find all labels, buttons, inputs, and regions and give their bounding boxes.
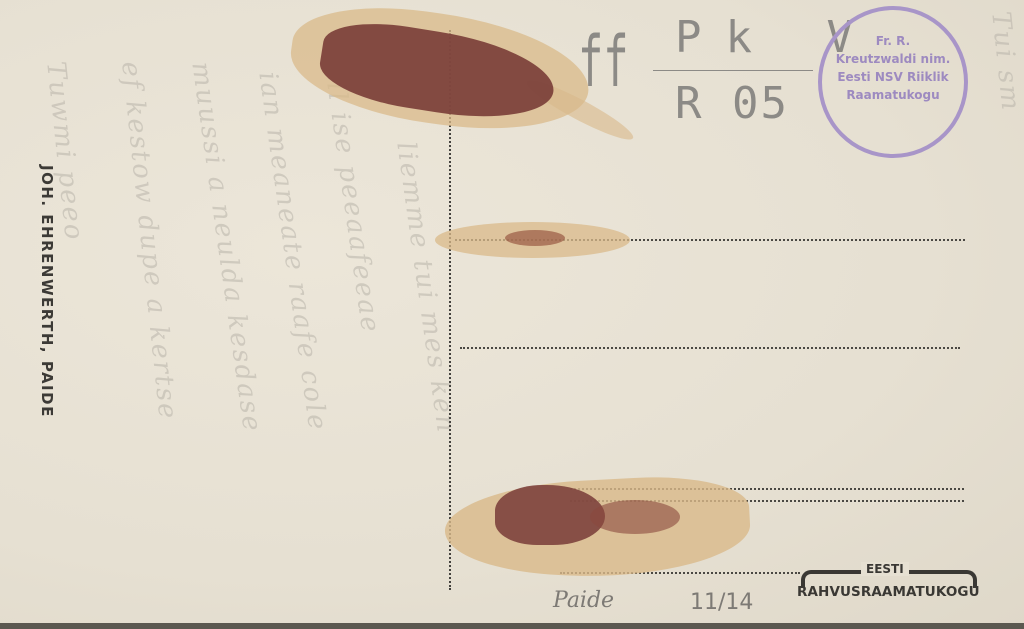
pencil-fraction-bottom: R 05 bbox=[675, 78, 789, 129]
faint-handwriting-line: muussi a neulda kesdase bbox=[185, 60, 267, 435]
publisher-imprint-text: JOH. EHRENWERTH, PAIDE bbox=[38, 165, 56, 418]
glue-stain-bottom-dark-tail bbox=[590, 500, 680, 534]
postcard-back: Tuwmi peeo ef kestow dupe a kertse muuss… bbox=[0, 0, 1024, 629]
glue-stain-bottom-dark bbox=[495, 485, 605, 545]
national-library-stamp: EESTI RAHVUSRAAMATUKOGU bbox=[797, 562, 975, 604]
pencil-mark-ff: ff bbox=[578, 12, 629, 112]
faint-handwriting-line: ian meaneate raafe cole bbox=[252, 70, 332, 433]
stamp-line: Raamatukogu bbox=[822, 86, 964, 104]
pencil-fraction-bar bbox=[653, 70, 813, 71]
place-note: Paide bbox=[553, 588, 614, 613]
stamp-bottom-text: RAHVUSRAAMATUKOGU bbox=[797, 584, 980, 600]
stamp-line: Kreutzwaldi nim. bbox=[822, 50, 964, 68]
stamp-line: Fr. R. bbox=[822, 32, 964, 50]
glue-stain-middle-dark bbox=[505, 230, 565, 246]
faint-handwriting-line: il ise peeaafeeae bbox=[320, 80, 385, 336]
faint-handwriting-line: ef kestow dupe a kertse bbox=[115, 60, 183, 422]
stamp-top-text: EESTI bbox=[861, 562, 909, 576]
faint-handwriting-line: Tui sm bbox=[985, 10, 1024, 113]
address-line-2 bbox=[460, 347, 960, 349]
publisher-imprint: JOH. EHRENWERTH, PAIDE bbox=[10, 165, 40, 425]
stamp-line: Eesti NSV Riiklik bbox=[822, 68, 964, 86]
library-ownership-stamp: Fr. R. Kreutzwaldi nim. Eesti NSV Riikli… bbox=[818, 6, 968, 158]
number-note: 11/14 bbox=[690, 590, 753, 615]
